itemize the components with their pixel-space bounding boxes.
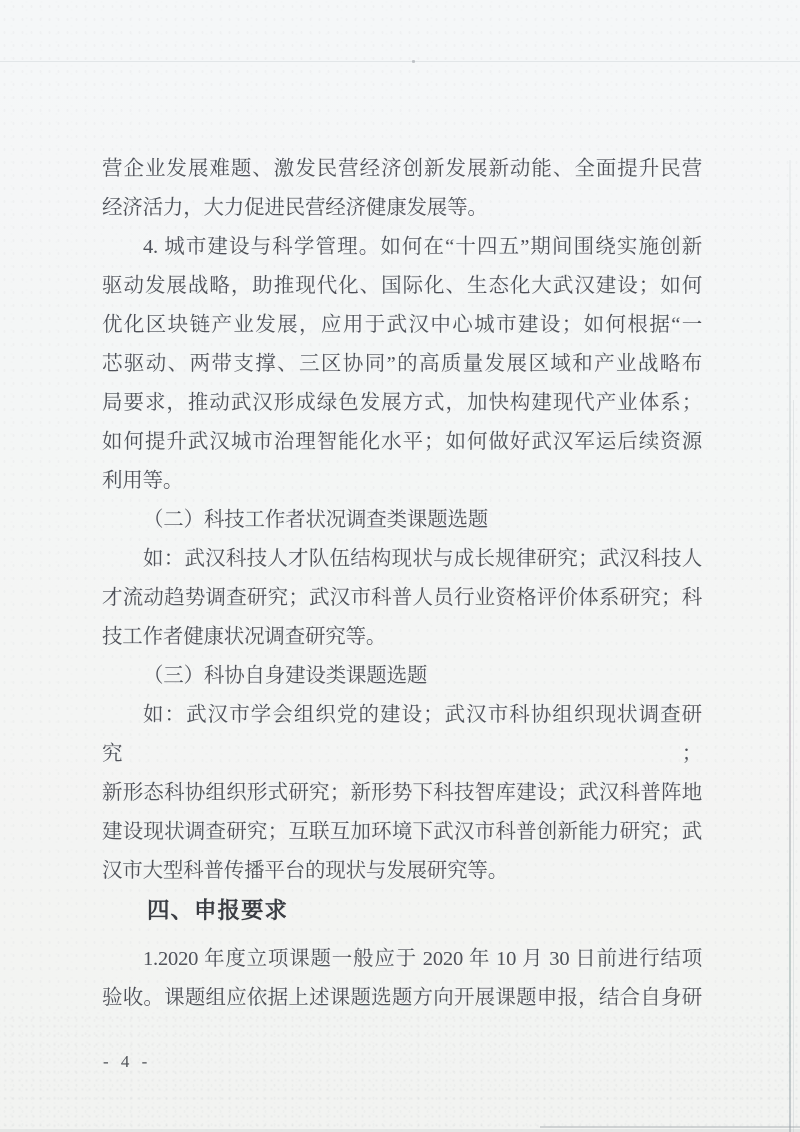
text-line: 建设现状调查研究；互联互加环境下武汉市科普创新能力研究；武 <box>102 813 702 852</box>
text-line: 局要求，推动武汉形成绿色发展方式，加快构建现代产业体系； <box>102 384 702 423</box>
document-body: 营企业发展难题、激发民营经济创新发展新动能、全面提升民营 经济活力，大力促进民营… <box>102 150 702 1018</box>
text-line: 4. 城市建设与科学管理。如何在“十四五”期间围绕实施创新 <box>102 228 702 267</box>
text-line: 新形态科协组织形式研究；新形势下科技智库建设；武汉科普阵地 <box>102 774 702 813</box>
subsection-heading: （二）科技工作者状况调查类课题选题 <box>102 501 702 540</box>
text-line: 才流动趋势调查研究；武汉市科普人员行业资格评价体系研究；科 <box>102 579 702 618</box>
paper-texture-bottom <box>0 1012 800 1132</box>
text-line: 技工作者健康状况调查研究等。 <box>102 618 702 657</box>
scan-speck <box>412 60 415 63</box>
text-line: 验收。课题组应依据上述课题选题方向开展课题申报，结合自身研 <box>102 979 702 1018</box>
scan-edge-right <box>789 160 791 1132</box>
text-line: 芯驱动、两带支撑、三区协同”的高质量发展区域和产业战略布 <box>102 345 702 384</box>
section-heading: 四、申报要求 <box>102 891 702 930</box>
scan-edge-right-faint <box>793 400 794 1132</box>
text-line: 驱动发展战略，助推现代化、国际化、生态化大武汉建设；如何 <box>102 267 702 306</box>
text-line: 经济活力，大力促进民营经济健康发展等。 <box>102 189 702 228</box>
text-line: 如何提升武汉城市治理智能化水平；如何做好武汉军运后续资源 <box>102 423 702 462</box>
text-line: 优化区块链产业发展，应用于武汉中心城市建设；如何根据“一 <box>102 306 702 345</box>
scanned-document-page: 营企业发展难题、激发民营经济创新发展新动能、全面提升民营 经济活力，大力促进民营… <box>0 0 800 1132</box>
text-line: 1.2020 年度立项课题一般应于 2020 年 10 月 30 日前进行结项 <box>102 940 702 979</box>
scan-crease-line <box>0 61 800 62</box>
scan-edge-bottom <box>540 1126 800 1128</box>
text-line: 如：武汉市学会组织党的建设；武汉市科协组织现状调查研究； <box>102 696 702 774</box>
text-line: 如：武汉科技人才队伍结构现状与成长规律研究；武汉科技人 <box>102 540 702 579</box>
text-line: 利用等。 <box>102 462 702 501</box>
text-line: 营企业发展难题、激发民营经济创新发展新动能、全面提升民营 <box>102 150 702 189</box>
subsection-heading: （三）科协自身建设类课题选题 <box>102 657 702 696</box>
text-line: 汉市大型科普传播平台的现状与发展研究等。 <box>102 852 702 891</box>
page-number: - 4 - <box>103 1052 151 1072</box>
